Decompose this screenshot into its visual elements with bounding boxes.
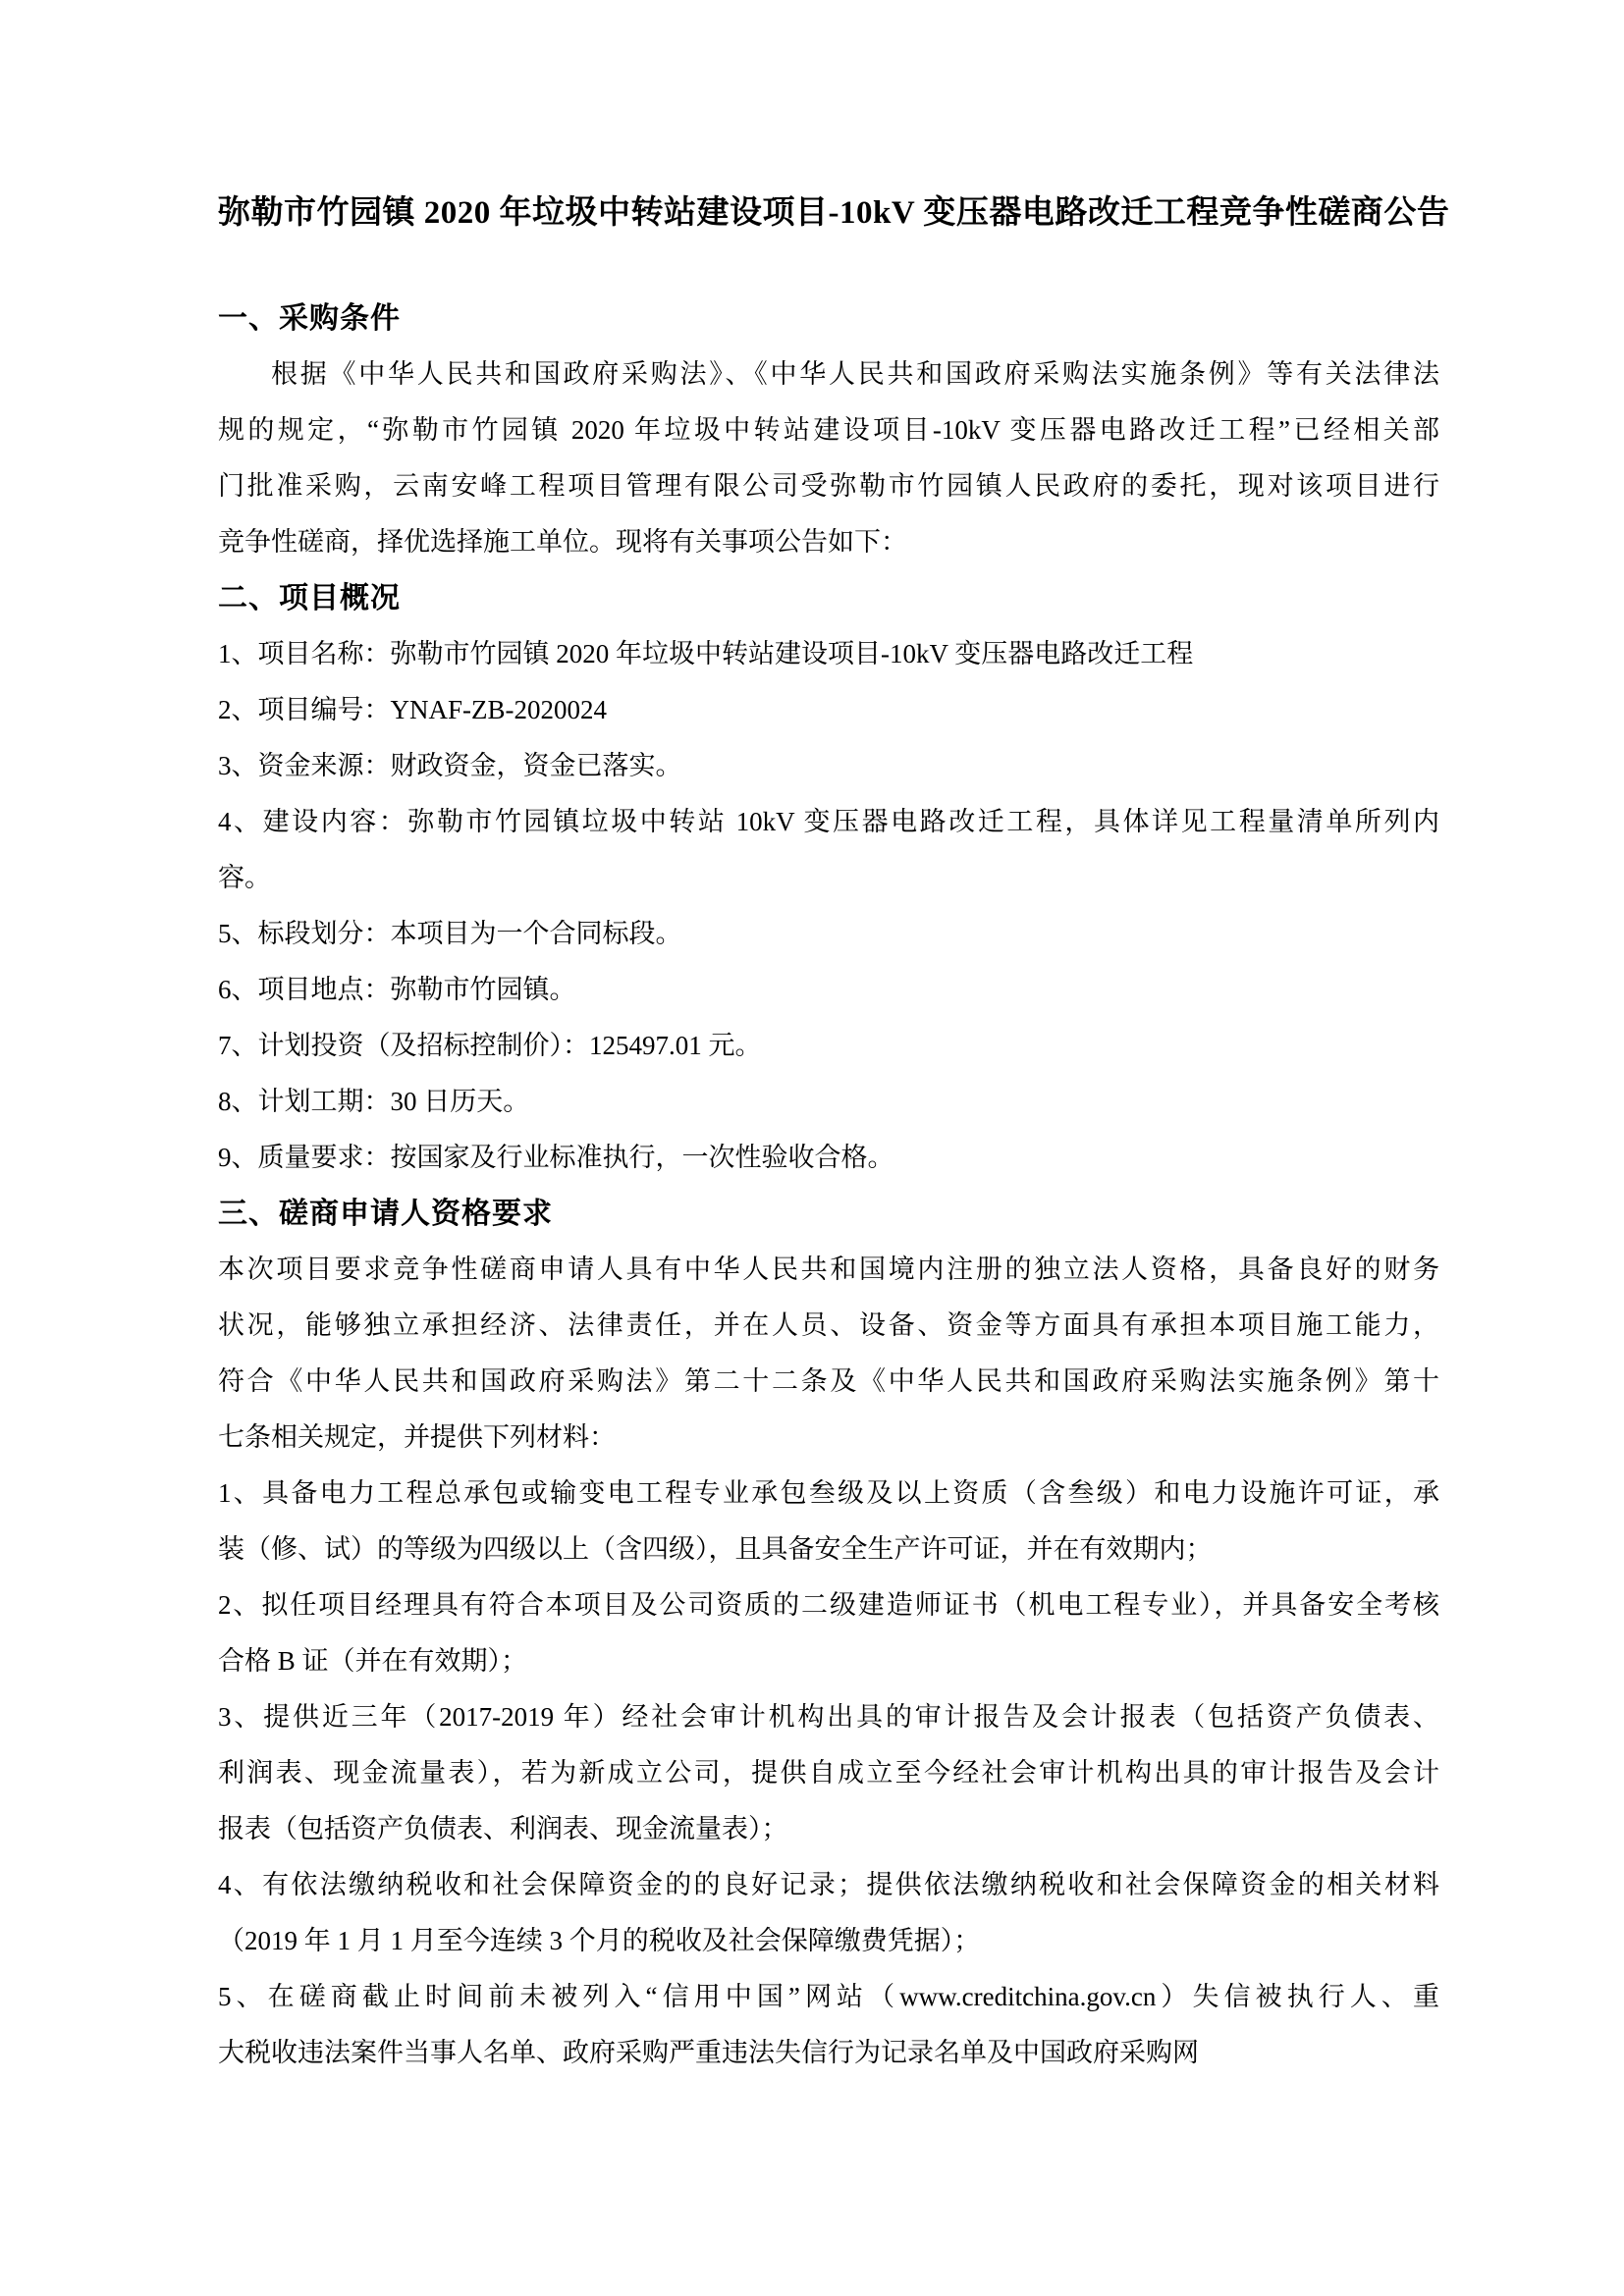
section-heading: 二、项目概况 — [218, 570, 1439, 626]
paragraph: 4、建设内容：弥勒市竹园镇垃圾中转站 10kV 变压器电路改迁工程，具体详见工程… — [218, 794, 1439, 906]
paragraph-line: 根据《中华人民共和国政府采购法》、《中华人民共和国政府采购法实施条例》等有关法律… — [218, 347, 1439, 402]
paragraph: 3、资金来源：财政资金，资金已落实。 — [218, 738, 1439, 794]
paragraph-line: 5、在磋商截止时间前未被列入“信用中国”网站（www.creditchina.g… — [218, 1969, 1439, 2025]
heading-line: 一、采购条件 — [218, 291, 1439, 347]
paragraph-line: 七条相关规定，并提供下列材料： — [218, 1410, 1439, 1466]
paragraph: 1、项目名称：弥勒市竹园镇 2020 年垃圾中转站建设项目-10kV 变压器电路… — [218, 626, 1439, 682]
paragraph-line: 7、计划投资（及招标控制价）：125497.01 元。 — [218, 1018, 1439, 1074]
paragraph: 根据《中华人民共和国政府采购法》、《中华人民共和国政府采购法实施条例》等有关法律… — [218, 347, 1439, 570]
paragraph-line: 合格 B 证（并在有效期）； — [218, 1633, 1439, 1689]
paragraph: 2、项目编号：YNAF-ZB-2020024 — [218, 682, 1439, 738]
paragraph-line: 符合《中华人民共和国政府采购法》第二十二条及《中华人民共和国政府采购法实施条例》… — [218, 1354, 1439, 1410]
paragraph-line: 8、计划工期：30 日历天。 — [218, 1074, 1439, 1130]
paragraph: 5、标段划分：本项目为一个合同标段。 — [218, 906, 1439, 962]
heading-line: 二、项目概况 — [218, 570, 1439, 626]
paragraph: 本次项目要求竞争性磋商申请人具有中华人民共和国境内注册的独立法人资格，具备良好的… — [218, 1242, 1439, 1466]
document-body: 一、采购条件根据《中华人民共和国政府采购法》、《中华人民共和国政府采购法实施条例… — [218, 291, 1439, 2081]
paragraph: 9、质量要求：按国家及行业标准执行，一次性验收合格。 — [218, 1130, 1439, 1186]
paragraph-line: 3、提供近三年（2017-2019 年）经社会审计机构出具的审计报告及会计报表（… — [218, 1689, 1439, 1745]
paragraph: 1、具备电力工程总承包或输变电工程专业承包叁级及以上资质（含叁级）和电力设施许可… — [218, 1466, 1439, 1577]
paragraph-line: 状况，能够独立承担经济、法律责任，并在人员、设备、资金等方面具有承担本项目施工能… — [218, 1298, 1439, 1354]
paragraph-line: 9、质量要求：按国家及行业标准执行，一次性验收合格。 — [218, 1130, 1439, 1186]
document-page: 弥勒市竹园镇 2020 年垃圾中转站建设项目-10kV 变压器电路改迁工程竞争性… — [0, 0, 1624, 2296]
paragraph-line: 利润表、现金流量表），若为新成立公司，提供自成立至今经社会审计机构出具的审计报告… — [218, 1745, 1439, 1801]
paragraph: 2、拟任项目经理具有符合本项目及公司资质的二级建造师证书（机电工程专业），并具备… — [218, 1577, 1439, 1689]
paragraph-line: 报表（包括资产负债表、利润表、现金流量表）； — [218, 1801, 1439, 1857]
paragraph: 5、在磋商截止时间前未被列入“信用中国”网站（www.creditchina.g… — [218, 1969, 1439, 2081]
document-title: 弥勒市竹园镇 2020 年垃圾中转站建设项目-10kV 变压器电路改迁工程竞争性… — [218, 192, 1439, 234]
paragraph-line: 6、项目地点：弥勒市竹园镇。 — [218, 962, 1439, 1018]
paragraph-line: 容。 — [218, 850, 1439, 906]
paragraph-line: 2、项目编号：YNAF-ZB-2020024 — [218, 682, 1439, 738]
paragraph: 3、提供近三年（2017-2019 年）经社会审计机构出具的审计报告及会计报表（… — [218, 1689, 1439, 1857]
paragraph: 7、计划投资（及招标控制价）：125497.01 元。 — [218, 1018, 1439, 1074]
section-heading: 一、采购条件 — [218, 291, 1439, 347]
paragraph-line: 3、资金来源：财政资金，资金已落实。 — [218, 738, 1439, 794]
paragraph-line: 5、标段划分：本项目为一个合同标段。 — [218, 906, 1439, 962]
section-heading: 三、磋商申请人资格要求 — [218, 1186, 1439, 1242]
paragraph-line: 2、拟任项目经理具有符合本项目及公司资质的二级建造师证书（机电工程专业），并具备… — [218, 1577, 1439, 1633]
paragraph-line: （2019 年 1 月 1 月至今连续 3 个月的税收及社会保障缴费凭据）； — [218, 1913, 1439, 1969]
paragraph-line: 规的规定，“弥勒市竹园镇 2020 年垃圾中转站建设项目-10kV 变压器电路改… — [218, 402, 1439, 458]
paragraph-line: 4、建设内容：弥勒市竹园镇垃圾中转站 10kV 变压器电路改迁工程，具体详见工程… — [218, 794, 1439, 850]
paragraph-line: 大税收违法案件当事人名单、政府采购严重违法失信行为记录名单及中国政府采购网 — [218, 2025, 1439, 2081]
paragraph-line: 竞争性磋商，择优选择施工单位。现将有关事项公告如下： — [218, 514, 1439, 570]
paragraph: 4、有依法缴纳税收和社会保障资金的的良好记录；提供依法缴纳税收和社会保障资金的相… — [218, 1857, 1439, 1969]
paragraph: 8、计划工期：30 日历天。 — [218, 1074, 1439, 1130]
paragraph-line: 门批准采购，云南安峰工程项目管理有限公司受弥勒市竹园镇人民政府的委托，现对该项目… — [218, 458, 1439, 514]
paragraph-line: 本次项目要求竞争性磋商申请人具有中华人民共和国境内注册的独立法人资格，具备良好的… — [218, 1242, 1439, 1298]
paragraph-line: 1、具备电力工程总承包或输变电工程专业承包叁级及以上资质（含叁级）和电力设施许可… — [218, 1466, 1439, 1522]
paragraph-line: 4、有依法缴纳税收和社会保障资金的的良好记录；提供依法缴纳税收和社会保障资金的相… — [218, 1857, 1439, 1913]
paragraph: 6、项目地点：弥勒市竹园镇。 — [218, 962, 1439, 1018]
paragraph-line: 1、项目名称：弥勒市竹园镇 2020 年垃圾中转站建设项目-10kV 变压器电路… — [218, 626, 1439, 682]
paragraph-line: 装（修、试）的等级为四级以上（含四级），且具备安全生产许可证，并在有效期内； — [218, 1522, 1439, 1577]
heading-line: 三、磋商申请人资格要求 — [218, 1186, 1439, 1242]
